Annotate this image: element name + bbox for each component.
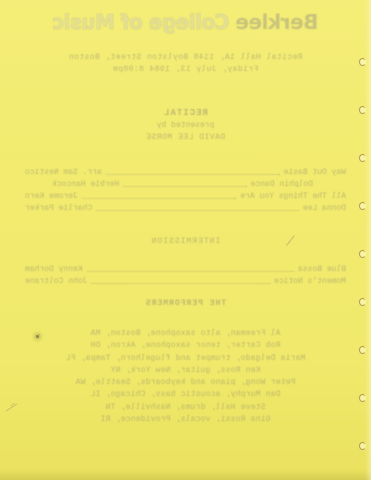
recital-heading: RECITAL (0, 108, 371, 118)
program-row: Donna Lee Charlie Parker (25, 204, 346, 213)
event-date-line: Friday, July 13, 1984 8:00pm (0, 64, 371, 76)
performer-line: Maria Delgado, trumpet and flugelhorn, T… (0, 353, 371, 365)
piece-title: Donna Lee (303, 204, 346, 213)
dotted-leader (106, 174, 280, 175)
composer-name: Herbie Hancock (52, 180, 119, 189)
performer-line: Gina Rossi, vocals, Providence, RI (0, 414, 371, 426)
logo-wordmark-text: College of Music (53, 10, 236, 34)
piece-title: Dolphin Dance (251, 180, 313, 189)
scanned-program-back-page: Berklee College of Music Recital Hall 1A… (0, 0, 371, 480)
performer-line: Rob Carter, tenor saxophone, Akron, OH (0, 340, 371, 352)
composer-name: arr. Sam Nestico (25, 168, 102, 177)
dotted-leader (82, 198, 237, 199)
piece-title: Moment's Notice (274, 277, 346, 286)
presented-by-label: presented by (0, 121, 371, 130)
composer-name: Kenny Dorham (25, 265, 83, 274)
piece-title: All The Things You Are (240, 192, 346, 201)
piece-title: Blue Bossa (298, 265, 346, 274)
venue-address-line: Recital Hall 1A, 1140 Boylston Street, B… (0, 52, 371, 64)
dotted-leader (96, 210, 299, 211)
intermission-heading: INTERMISSION (0, 237, 371, 246)
performer-line: Steve Hall, drums, Nashville, TN (0, 402, 371, 414)
performer-line: Peter Wong, piano and keyboards, Seattle… (0, 377, 371, 389)
dotted-leader (123, 186, 246, 187)
bleed-through-text-layer: Berklee College of Music Recital Hall 1A… (0, 0, 371, 480)
performer-line: Al Freeman, alto saxophone, Boston, MA (0, 328, 371, 340)
piece-title: Way Out Basie (284, 168, 346, 177)
program-row: Blue Bossa Kenny Dorham (25, 265, 346, 274)
program-row: Way Out Basie arr. Sam Nestico (25, 168, 346, 177)
performers-list: Al Freeman, alto saxophone, Boston, MA R… (0, 328, 371, 426)
performers-heading: THE PERFORMERS (0, 299, 371, 308)
program-row: All The Things You Are Jerome Kern (25, 192, 346, 201)
program-row: Moment's Notice John Coltrane (25, 277, 346, 286)
dotted-leader (87, 271, 294, 272)
composer-name: Jerome Kern (25, 192, 78, 201)
logo-brand-text: Berklee (236, 10, 318, 34)
dotted-leader (91, 283, 270, 284)
berklee-logo: Berklee College of Music (0, 10, 371, 34)
program-row: Dolphin Dance Herbie Hancock (52, 180, 313, 189)
performer-line: Dan Murphy, acoustic bass, Chicago, IL (0, 389, 371, 401)
presenter-name: DAVID LEE MORSE (0, 133, 371, 142)
performer-line: Ken Ross, guitar, New York, NY (0, 365, 371, 377)
composer-name: John Coltrane (25, 277, 87, 286)
composer-name: Charlie Parker (25, 204, 92, 213)
